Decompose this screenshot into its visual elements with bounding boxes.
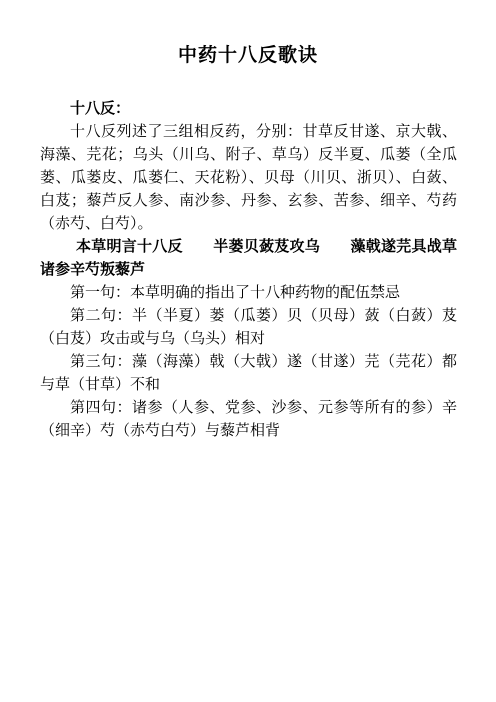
document-body: 十八反： 十八反列述了三组相反药，分别：甘草反甘遂、京大戟、海藻、芫花；乌头（川… — [40, 97, 457, 442]
mnemonic-verse: 本草明言十八反 半蒌贝蔹芨攻乌 藻戟遂芫具战草 诸参辛芍叛藜芦 — [40, 235, 457, 281]
document-title: 中药十八反歌诀 — [0, 0, 496, 68]
explanation-line-4: 第四句：诸参（人参、党参、沙参、元参等所有的参）辛（细辛）芍（赤芍白芍）与藜芦相… — [40, 396, 457, 442]
document-page: 中药十八反歌诀 十八反： 十八反列述了三组相反药，分别：甘草反甘遂、京大戟、海藻… — [0, 0, 496, 702]
explanation-line-3: 第三句：藻（海藻）戟（大戟）遂（甘遂）芫（芫花）都与草（甘草）不和 — [40, 350, 457, 396]
explanation-line-2: 第二句：半（半夏）蒌（瓜蒌）贝（贝母）蔹（白蔹）芨（白芨）攻击或与乌（乌头）相对 — [40, 304, 457, 350]
explanation-line-1: 第一句：本草明确的指出了十八种药物的配伍禁忌 — [40, 281, 457, 304]
intro-paragraph: 十八反列述了三组相反药，分别：甘草反甘遂、京大戟、海藻、芫花；乌头（川乌、附子、… — [40, 120, 457, 235]
section-heading: 十八反： — [40, 97, 457, 120]
